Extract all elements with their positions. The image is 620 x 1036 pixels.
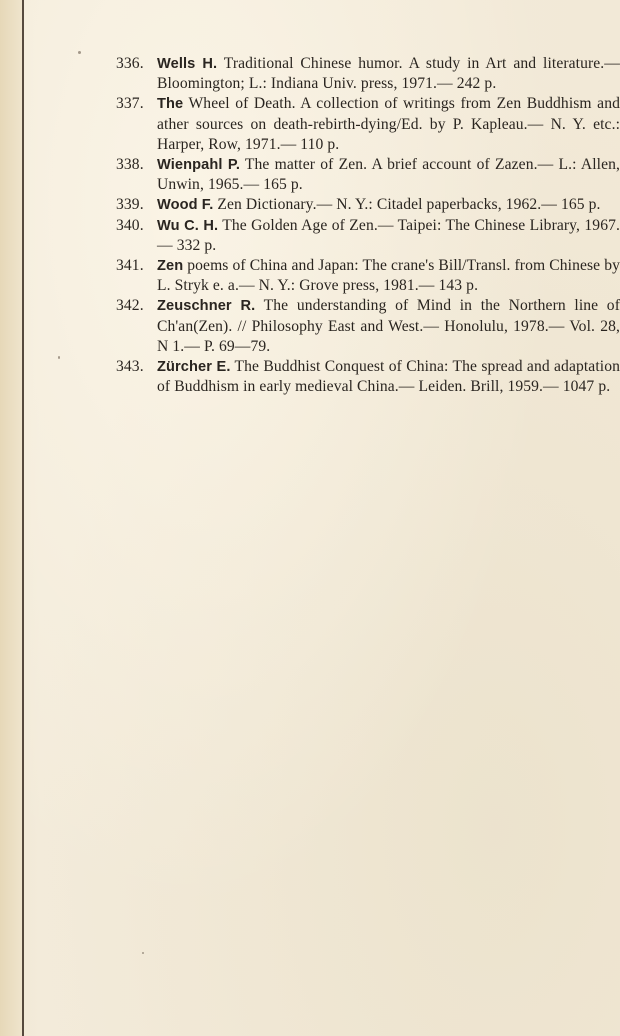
entry-author: Zürcher E.: [157, 359, 230, 375]
entry-number: 339.: [116, 195, 154, 215]
entry-author: Wienpahl P.: [157, 157, 240, 173]
bibliography-entry-343: 343.Zürcher E. The Buddhist Conquest of …: [116, 357, 620, 397]
scanned-page: 336.Wells H. Traditional Chinese humor. …: [0, 0, 620, 1036]
entry-author: Wood F.: [157, 197, 213, 213]
bibliography-entry-341: 341.Zen poems of China and Japan: The cr…: [116, 256, 620, 296]
entry-text: The Golden Age of Zen.— Taipei: The Chin…: [157, 217, 620, 254]
entry-text: Wheel of Death. A collection of writings…: [157, 95, 620, 152]
paper-speck: [78, 51, 81, 54]
entry-number: 340.: [116, 216, 154, 236]
bibliography-entry-342: 342.Zeuschner R. The understanding of Mi…: [116, 296, 620, 357]
entry-number: 337.: [116, 94, 154, 114]
bibliography-list: 336.Wells H. Traditional Chinese humor. …: [116, 54, 620, 397]
paper-speck: [142, 952, 144, 954]
entry-number: 341.: [116, 256, 154, 276]
page-binding-edge-line: [22, 0, 24, 1036]
entry-text: poems of China and Japan: The crane's Bi…: [157, 257, 620, 294]
bibliography-entry-337: 337.The Wheel of Death. A collection of …: [116, 94, 620, 155]
paper-speck: [58, 356, 60, 359]
bibliography-entry-340: 340.Wu C. H. The Golden Age of Zen.— Tai…: [116, 216, 620, 256]
bibliography-entry-339: 339.Wood F. Zen Dictionary.— N. Y.: Cita…: [116, 195, 620, 215]
entry-author: Wu C. H.: [157, 218, 218, 234]
entry-text: Zen Dictionary.— N. Y.: Citadel paperbac…: [213, 196, 600, 213]
bibliography-entry-336: 336.Wells H. Traditional Chinese humor. …: [116, 54, 620, 94]
bibliography-entry-338: 338.Wienpahl P. The matter of Zen. A bri…: [116, 155, 620, 195]
entry-number: 342.: [116, 296, 154, 316]
entry-text: Traditional Chinese humor. A study in Ar…: [157, 55, 620, 92]
entry-author: Wells H.: [157, 56, 217, 72]
entry-author: Zeuschner R.: [157, 298, 255, 314]
entry-number: 336.: [116, 54, 154, 74]
entry-number: 338.: [116, 155, 154, 175]
entry-author: Zen: [157, 258, 183, 274]
entry-author: The: [157, 96, 183, 112]
page-binding-margin: [0, 0, 22, 1036]
entry-number: 343.: [116, 357, 154, 377]
